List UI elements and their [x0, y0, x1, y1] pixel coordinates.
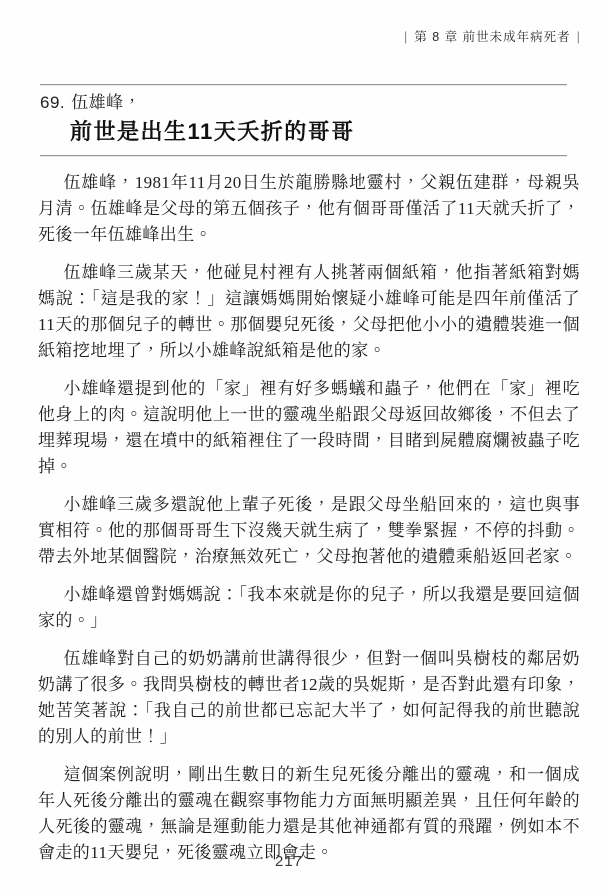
paragraph: 伍雄峰三歲某天，他碰見村裡有人挑著兩個紙箱，他指著紙箱對媽媽說：「這是我的家！」… — [38, 260, 580, 364]
paragraph: 伍雄峰對自己的奶奶講前世講得很少，但對一個叫吳樹枝的鄰居奶奶講了很多。我問吳樹枝… — [38, 646, 580, 750]
section-heading: 69.伍雄峰， — [40, 92, 141, 113]
page-number: 217 — [0, 853, 578, 870]
running-head-right-bar: | — [577, 29, 581, 44]
paragraph: 伍雄峰，1981年11月20日生於龍勝縣地靈村，父親伍建群，母親吳月清。伍雄峰是… — [38, 170, 580, 248]
section-title: 前世是出生11天夭折的哥哥 — [70, 117, 355, 147]
body-text: 伍雄峰，1981年11月20日生於龍勝縣地靈村，父親伍建群，母親吳月清。伍雄峰是… — [38, 170, 580, 866]
running-head-left-bar: | — [404, 29, 408, 44]
section-bottom-rule — [40, 155, 567, 156]
section-number: 69. — [40, 93, 65, 112]
running-head-chapter: 第 8 章 前世未成年病死者 — [414, 30, 570, 44]
paragraph: 小雄峰還提到他的「家」裡有好多螞蟻和蟲子，他們在「家」裡吃他身上的肉。這說明他上… — [38, 376, 580, 480]
paragraph: 小雄峰三歲多還說他上輩子死後，是跟父母坐船回來的，這也與事實相符。他的那個哥哥生… — [38, 492, 580, 570]
section-name: 伍雄峰， — [71, 93, 141, 112]
section-top-rule — [40, 84, 567, 85]
paragraph: 這個案例說明，剛出生數日的新生兒死後分離出的靈魂，和一個成年人死後分離出的靈魂在… — [38, 762, 580, 866]
book-page: |第 8 章 前世未成年病死者| 69.伍雄峰， 前世是出生11天夭折的哥哥 伍… — [0, 0, 605, 896]
running-head: |第 8 章 前世未成年病死者| — [398, 27, 587, 45]
paragraph: 小雄峰還曾對媽媽說：「我本來就是你的兒子，所以我還是要回這個家的。」 — [38, 582, 580, 634]
